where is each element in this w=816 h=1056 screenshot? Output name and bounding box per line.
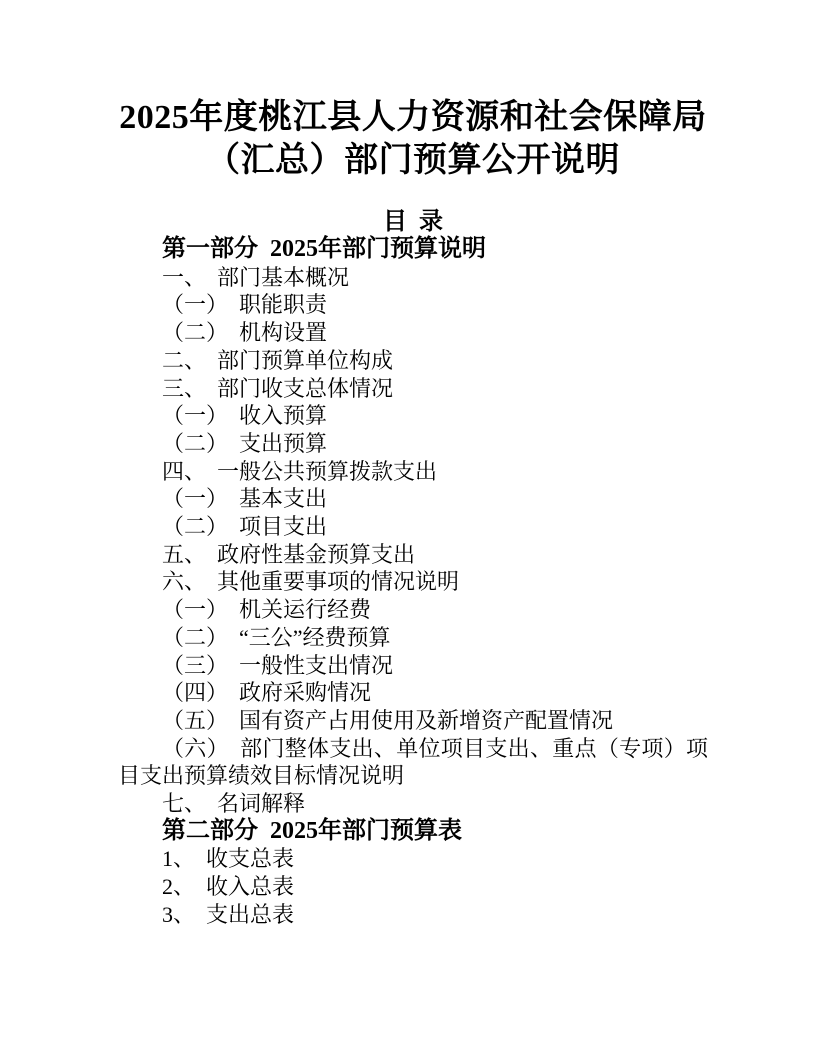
toc-item: 五、 政府性基金预算支出 (118, 541, 708, 569)
toc-item: （二） 支出预算 (118, 430, 708, 458)
document-title: 2025年度桃江县人力资源和社会保障局 （汇总）部门预算公开说明 (118, 96, 708, 182)
toc-item: （一） 职能职责 (118, 291, 708, 319)
toc-item: （一） 机关运行经费 (118, 596, 708, 624)
toc-item: 二、 部门预算单位构成 (118, 347, 708, 375)
toc-item: （五） 国有资产占用使用及新增资产配置情况 (118, 707, 708, 735)
toc-item: 三、 部门收支总体情况 (118, 375, 708, 403)
toc-list: 第一部分 2025年部门预算说明一、 部门基本概况（一） 职能职责（二） 机构设… (118, 236, 708, 929)
toc-item: （二） 项目支出 (118, 513, 708, 541)
document-title-line-2: （汇总）部门预算公开说明 (118, 139, 708, 182)
toc-item: （四） 政府采购情况 (118, 679, 708, 707)
toc-item: （三） 一般性支出情况 (118, 652, 708, 680)
document-page: 2025年度桃江县人力资源和社会保障局 （汇总）部门预算公开说明 目 录 第一部… (0, 0, 816, 1056)
toc-item: 第一部分 2025年部门预算说明 (118, 236, 708, 264)
toc-heading: 目 录 (118, 208, 708, 236)
toc-item: 一、 部门基本概况 (118, 264, 708, 292)
toc-item: 第二部分 2025年部门预算表 (118, 818, 708, 846)
toc-item: 七、 名词解释 (118, 790, 708, 818)
toc-item: （二） “三公”经费预算 (118, 624, 708, 652)
toc-item: 2、 收入总表 (118, 873, 708, 901)
document-title-line-1: 2025年度桃江县人力资源和社会保障局 (118, 96, 708, 139)
toc-item: 3、 支出总表 (118, 901, 708, 929)
toc-item: 六、 其他重要事项的情况说明 (118, 568, 708, 596)
toc-item: （一） 收入预算 (118, 402, 708, 430)
toc-item: （一） 基本支出 (118, 485, 708, 513)
toc-item: 1、 收支总表 (118, 845, 708, 873)
toc-item: （六） 部门整体支出、单位项目支出、重点（专项）项目支出预算绩效目标情况说明 (118, 735, 708, 790)
toc-item: （二） 机构设置 (118, 319, 708, 347)
toc-item: 四、 一般公共预算拨款支出 (118, 458, 708, 486)
